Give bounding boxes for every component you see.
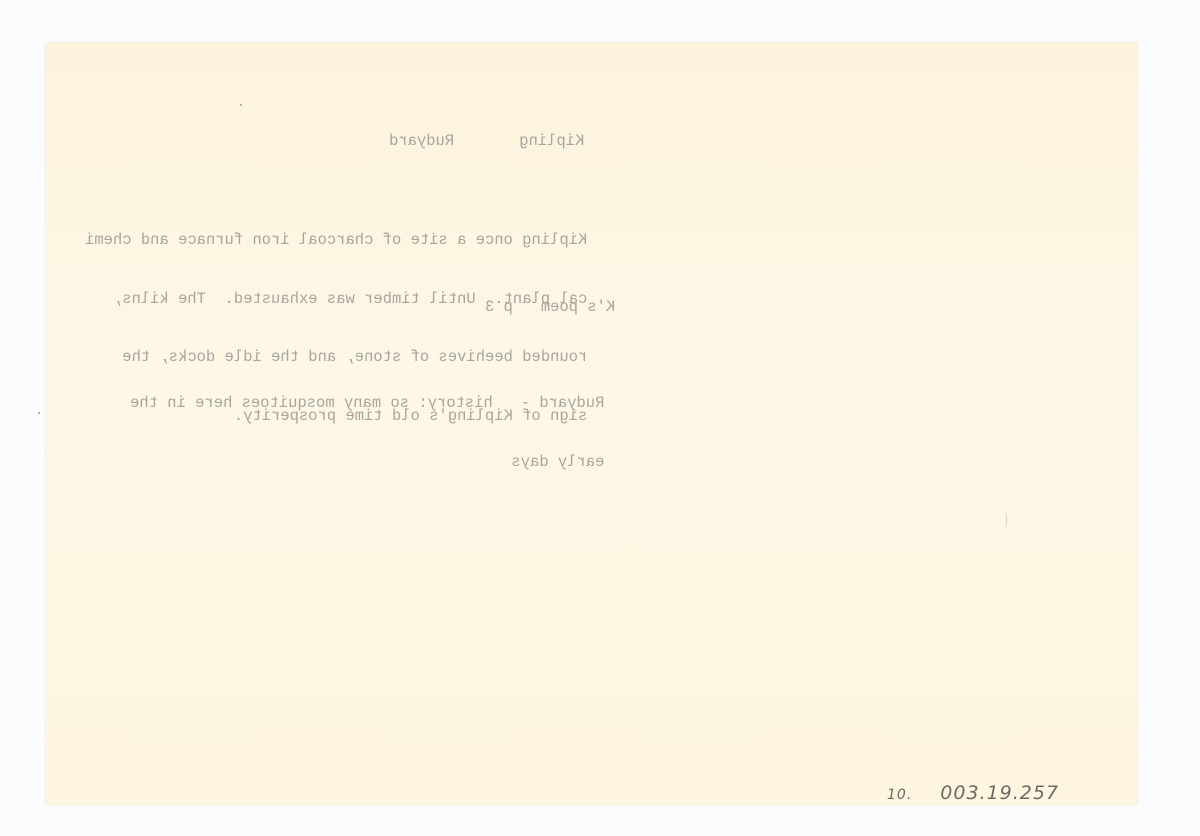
- poem-reference: K's poem p 3: [485, 298, 615, 316]
- history-note: Rudyard - history: so many mosquitoes he…: [130, 355, 604, 511]
- heading-kipling-rudyard: Kipling Rudyard: [389, 132, 584, 150]
- accession-prefix: 10.: [887, 787, 912, 803]
- accession-id: 003.19.257: [940, 782, 1059, 804]
- paper-speck: [240, 104, 242, 106]
- history-line: early days: [130, 453, 604, 473]
- paper-sheet: Kipling Rudyard Kipling once a site of c…: [45, 42, 1138, 805]
- accession-number: 10.003.19.257: [887, 782, 1059, 804]
- pencil-mark: [1003, 512, 1007, 528]
- scan-speck: [38, 412, 40, 414]
- paragraph-line: Kipling once a site of charcoal iron fur…: [85, 231, 587, 251]
- history-line: Rudyard - history: so many mosquitoes he…: [130, 394, 604, 414]
